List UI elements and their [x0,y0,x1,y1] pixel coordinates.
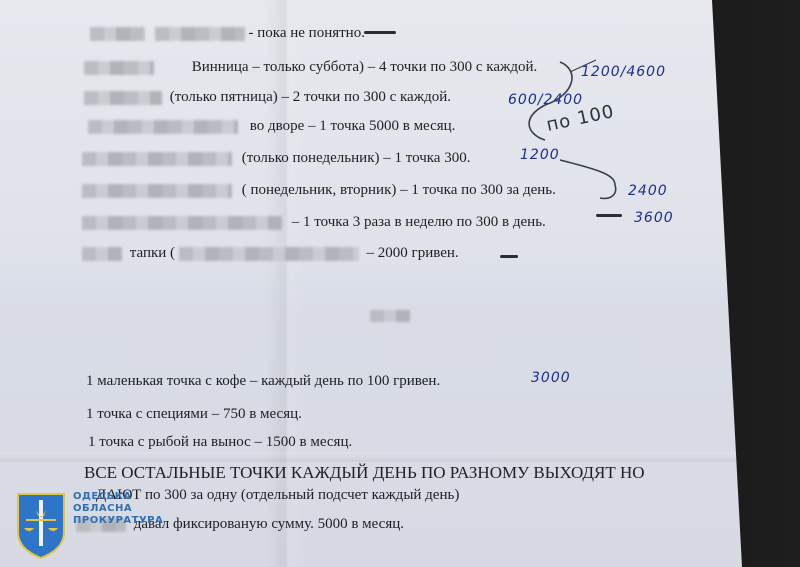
handwritten-note-4: 1200 [520,147,560,163]
doc-line-8: тапки ( – 2000 гривен. [82,245,459,262]
redacted-text [90,27,145,41]
handwritten-note-5: 2400 [628,183,668,199]
redacted-text [82,247,122,261]
ink-dash [596,214,622,217]
line-text: - пока не понятно. [249,25,365,41]
redacted-text [84,61,154,75]
handwritten-note-2: 600/2400 [508,92,583,108]
redacted-text [82,216,282,230]
paper-fold-horizontal [0,452,760,462]
watermark-line-2: ОБЛАСНА [73,503,163,515]
handwritten-note-1: 1200/4600 [581,64,666,80]
line-text: тапки ( [130,245,175,261]
doc-line-10: 1 точка с специями – 750 в месяц. [86,406,302,423]
redacted-text [88,120,238,134]
watermark-line-3: ПРОКУРАТУРА [73,515,163,527]
redacted-text [82,152,232,166]
line-text: во дворе – 1 точка 5000 в месяц. [250,118,456,134]
doc-line-11: 1 точка с рыбой на вынос – 1500 в месяц. [88,434,352,451]
doc-line-7: – 1 точка 3 раза в неделю по 300 в день. [82,214,546,231]
redacted-heading [370,310,410,322]
redacted-text [82,184,232,198]
redacted-text [84,91,162,105]
doc-line-1: - пока не понятно. [90,25,365,42]
doc-line-5: (только понедельник) – 1 точка 300. [82,150,470,167]
ink-dash [500,255,518,258]
doc-line-12: ВСЕ ОСТАЛЬНЫЕ ТОЧКИ КАЖДЫЙ ДЕНЬ ПО РАЗНО… [84,463,645,483]
line-text: ( понедельник, вторник) – 1 точка по 300… [242,182,556,198]
prosecutor-watermark-text: ОДЕСЬКА ОБЛАСНА ПРОКУРАТУРА [73,491,163,527]
line-text: (только пятница) – 2 точки по 300 с кажд… [170,89,451,105]
redacted-text [155,27,245,41]
line-text: – 1 точка 3 раза в неделю по 300 в день. [292,214,546,230]
handwritten-note-7: 3000 [531,370,571,386]
line-text: давал фиксированую сумму. 5000 в месяц. [134,516,404,532]
doc-line-9: 1 маленькая точка с кофе – каждый день п… [86,373,440,390]
doc-line-4: во дворе – 1 точка 5000 в месяц. [88,118,455,135]
doc-line-3: (только пятница) – 2 точки по 300 с кажд… [84,89,451,106]
line-text: – 2000 гривен. [367,245,459,261]
redacted-text [179,247,359,261]
prosecutor-logo [16,492,66,560]
handwritten-note-6: 3600 [634,210,674,226]
doc-line-2: Винница – только суббота) – 4 точки по 3… [84,59,537,76]
doc-line-6: ( понедельник, вторник) – 1 точка по 300… [82,182,556,199]
line-text: (только понедельник) – 1 точка 300. [242,150,471,166]
line-text: Винница – только суббота) – 4 точки по 3… [192,59,538,75]
watermark-line-1: ОДЕСЬКА [73,491,163,503]
ink-dash [364,31,396,34]
